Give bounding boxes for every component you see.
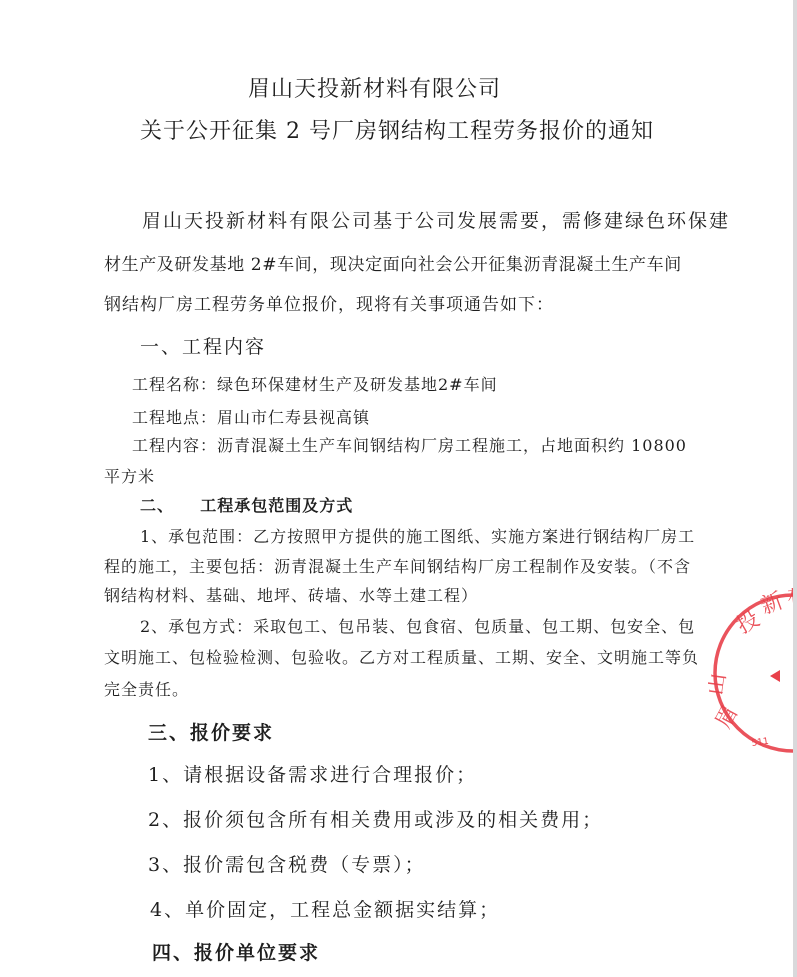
seal-char-5: 新 xyxy=(758,589,787,620)
quote-requirement-1: 1、请根据设备需求进行合理报价； xyxy=(148,760,477,787)
section2-heading: 二、 工程承包范围及方式 xyxy=(140,493,353,516)
seal-char-4: 投 xyxy=(733,607,765,640)
seal-number: 511 xyxy=(751,737,769,749)
page-edge-strip xyxy=(793,0,797,977)
quote-requirement-3: 3、报价需包含税费（专票）； xyxy=(148,850,426,877)
project-content-line-1: 工程内容：沥青混凝土生产车间钢结构厂房工程施工，占地面积约 10800 xyxy=(132,433,687,456)
section1-heading: 一、工程内容 xyxy=(140,332,266,359)
scope-line-1: 1、承包范围：乙方按照甲方提供的施工图纸、实施方案进行钢结构厂房工 xyxy=(140,524,695,547)
method-line-1: 2、承包方式：采取包工、包吊装、包食宿、包质量、包工期、包安全、包 xyxy=(140,614,695,637)
scope-line-2: 程的施工，主要包括：沥青混凝土生产车间钢结构厂房工程制作及安装。（不含 xyxy=(104,554,691,577)
quote-requirement-2: 2、报价须包含所有相关费用或涉及的相关费用； xyxy=(148,805,603,832)
project-location: 工程地点：眉山市仁寿县视高镇 xyxy=(132,405,370,428)
document-page: 眉山天投新材料有限公司 关于公开征集 2 号厂房钢结构工程劳务报价的通知 眉山天… xyxy=(0,0,793,977)
project-name: 工程名称：绿色环保建材生产及研发基地2#车间 xyxy=(132,372,498,395)
method-line-2: 文明施工、包检验检测、包验收。乙方对工程质量、工期、安全、文明施工等负 xyxy=(104,645,699,668)
section4-heading: 四、报价单位要求 xyxy=(152,938,320,965)
company-seal-stamp: 眉 山 天 投 新 材 511 xyxy=(708,588,797,758)
method-line-3: 完全责任。 xyxy=(104,677,189,700)
scope-line-3: 钢结构材料、基础、地坪、砖墙、水等土建工程） xyxy=(104,583,478,606)
section3-heading: 三、报价要求 xyxy=(148,718,274,745)
company-title: 眉山天投新材料有限公司 xyxy=(248,72,501,103)
intro-line-3: 钢结构厂房工程劳务单位报价，现将有关事项通告如下： xyxy=(104,290,554,315)
quote-requirement-4: 4、单价固定，工程总金额据实结算； xyxy=(150,895,500,922)
notice-title: 关于公开征集 2 号厂房钢结构工程劳务报价的通知 xyxy=(140,114,654,145)
seal-char-2: 山 xyxy=(708,672,731,697)
intro-line-1: 眉山天投新材料有限公司基于公司发展需要，需修建绿色环保建 xyxy=(142,206,730,233)
seal-star-icon xyxy=(770,670,780,682)
seal-char-1: 眉 xyxy=(711,702,743,733)
intro-line-2: 材生产及研发基地 2#车间，现决定面向社会公开征集沥青混凝土生产车间 xyxy=(104,250,682,275)
project-content-line-2: 平方米 xyxy=(104,464,155,487)
